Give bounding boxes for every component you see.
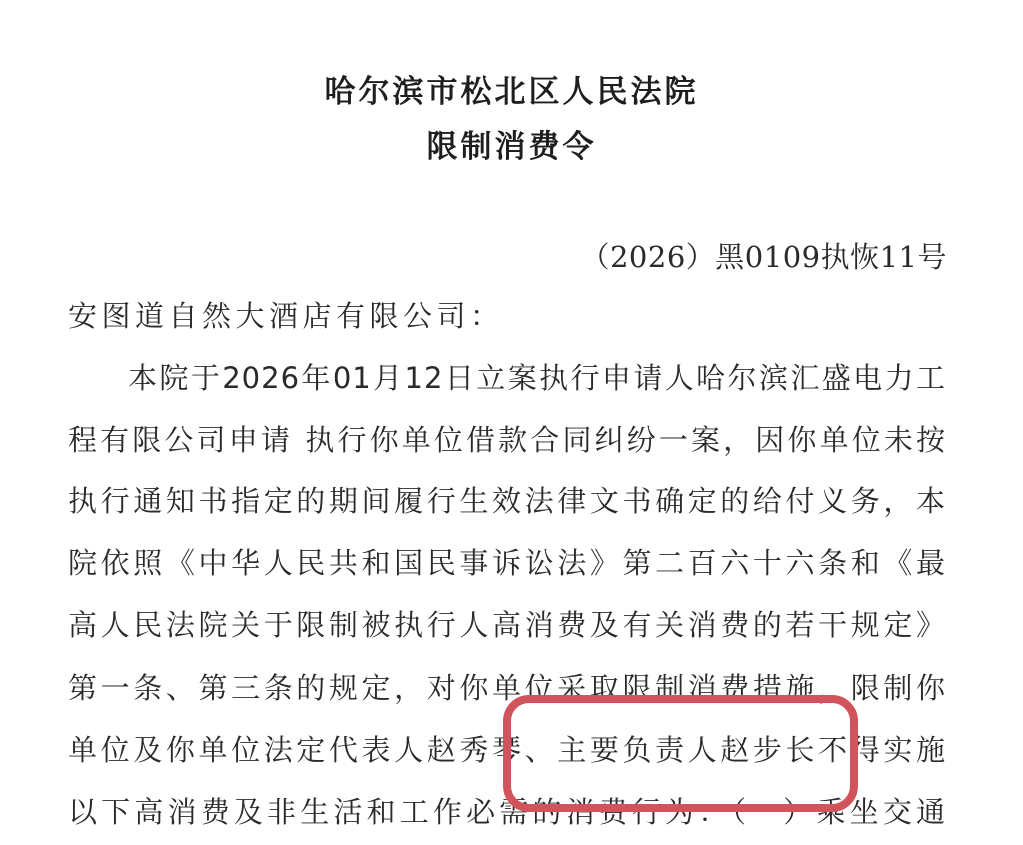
- body-line: 单位及你单位法定代表人赵秀琴、主要负责人赵步长不得实施: [68, 730, 946, 770]
- addressee: 安图道自然大酒店有限公司：: [68, 296, 504, 336]
- body-line: 程有限公司申请 执行你单位借款合同纠纷一案，因你单位未按: [68, 420, 946, 460]
- body-line: 以下高消费及非生活和工作必需的消费行为：（一）乘坐交通: [68, 792, 946, 832]
- body-line: 第一条、第三条的规定，对你单位采取限制消费措施，限制你: [68, 668, 946, 708]
- body-line: 执行通知书指定的期间履行生效法律文书确定的给付义务，本: [68, 481, 946, 521]
- case-number: （2026）黑0109执恢11号: [580, 237, 947, 277]
- body-line: 院依照《中华人民共和国民事诉讼法》第二百六十六条和《最: [68, 543, 946, 583]
- document-type-title: 限制消费令: [0, 127, 1023, 167]
- body-line: 高人民法院关于限制被执行人高消费及有关消费的若干规定》: [68, 605, 946, 645]
- body-line: 本院于2026年01月12日立案执行申请人哈尔滨汇盛电力工: [128, 358, 946, 398]
- court-name-title: 哈尔滨市松北区人民法院: [0, 72, 1023, 112]
